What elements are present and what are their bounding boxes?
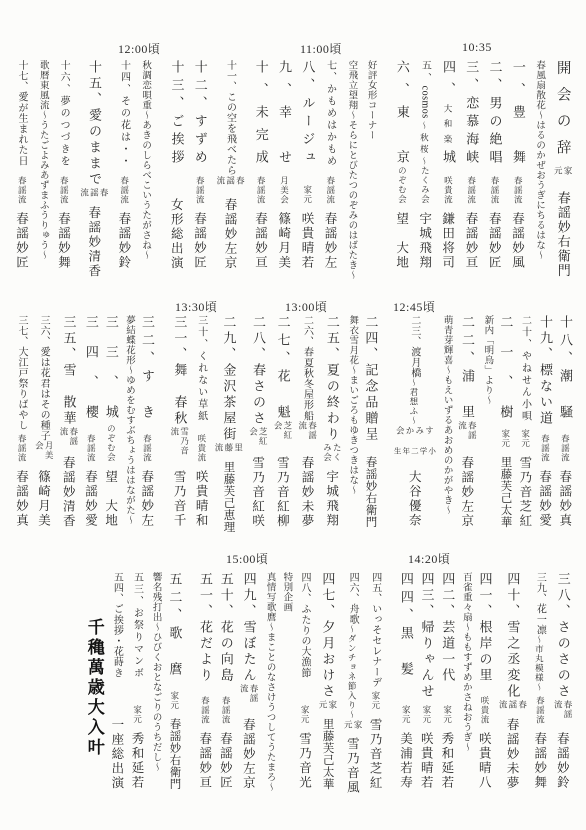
item-number: 四七、: [320, 572, 335, 620]
program-item: 四、大和楽城咲貴流鎌田将司: [440, 60, 455, 282]
section-title-text: 夢結蝶花形～ゆめをむすぶちょうははながた～: [123, 315, 134, 525]
time-label: 14:20頃: [408, 550, 450, 567]
item-school: 家元: [302, 185, 312, 204]
item-title: いっそセレナーデ: [370, 604, 381, 688]
program-item: 四五、いっそセレナーデ家元雪乃音芝紅: [368, 572, 382, 802]
item-performer: 雪乃音千: [172, 470, 186, 528]
item-number: 三四、: [84, 315, 99, 405]
item-performer: 春謡妙鈴: [555, 732, 569, 790]
item-school: 春謡流: [535, 696, 545, 725]
item-performer: 春謡妙匠: [487, 212, 501, 270]
item-school: 家元: [342, 720, 362, 730]
item-title-block: 五四、ご挨拶・花蒔き: [111, 572, 123, 678]
program-item: 二三、渡月橋～君想ふ～すみか会小学二年生大谷優奈: [392, 315, 435, 540]
item-title: ふたりの大漁節: [299, 604, 310, 678]
item-title-block: 四二、芸道一代: [439, 572, 454, 684]
item-performer: 宇城飛翔: [417, 212, 431, 270]
section-title-text: 新内「明烏」より～: [481, 315, 492, 405]
program-item: 三八、さのさのさ春謡流春謡妙鈴: [552, 572, 572, 802]
program-item: 二六、春夏秋冬屋形船春謡流春謡妙未夢: [297, 315, 317, 540]
item-title: 歌 麿: [167, 626, 182, 678]
section-title: 舞衣雪月花～まいごろもゆきつきはな～: [346, 315, 357, 540]
item-number: 十七、: [16, 60, 27, 92]
section-title-text: 舞衣雪月花～まいごろもゆきつきはな～: [346, 315, 357, 495]
item-title: 舟歌: [347, 604, 358, 625]
section-title: 特別企画: [280, 572, 291, 802]
item-title: 雪 散華: [61, 363, 76, 427]
section-title: 空飛立望翔～そらにとびたつのぞみのはばたき～: [345, 60, 356, 282]
item-title: 潮 騒: [558, 369, 573, 421]
item-number: 三八、: [556, 572, 571, 620]
item-title: この空を飛べたら: [225, 92, 236, 176]
item-school: 春謡流: [58, 427, 78, 448]
item-credit: 春謡流春謡妙未夢: [297, 421, 317, 528]
section-title: 真情写歌麿～まことのなさけうつしてうたまろ～: [264, 572, 275, 802]
section-title-text: 春風扇散花～はるのかぜおうぎにちるはな～: [533, 60, 544, 260]
item-number: 五一、: [198, 572, 213, 620]
program-item: 二一、樹家元里藤芙己太華: [497, 315, 512, 540]
item-number: 四、: [441, 60, 456, 104]
item-title: 夏の終わり: [325, 363, 340, 443]
item-title-block: 三十、くれない草紙: [195, 315, 207, 421]
item-title-block: 十六、夢のつづきを: [58, 60, 70, 166]
section-title: 春風扇散花～はるのかぜおうぎにちるはな～: [533, 60, 544, 282]
item-performer: 春謡妙左京: [241, 718, 255, 791]
item-title-block: 十九、標ない道: [537, 315, 552, 427]
item-title-block: 四四、黒 髪: [398, 572, 413, 678]
item-title: 雪ぼたん: [242, 620, 257, 684]
item-title-block: 三八、さのさのさ: [555, 572, 570, 700]
item-performer: 里藤芙己太華: [320, 718, 333, 790]
item-title-block: 二一、樹: [497, 315, 512, 421]
time-label-row: 14:20頃15:00頃: [14, 550, 572, 565]
item-title: ルージュ: [300, 96, 315, 166]
program-item: 三一、舞 春秋雪乃音流雪乃音千: [169, 315, 189, 540]
program-item: 四九、雪ぼたん春謡流春謡妙左京: [238, 572, 258, 802]
item-title: 恋慕海峡: [464, 96, 479, 166]
item-annotation: ～君想ふ～: [409, 378, 419, 426]
item-school: 春謡流: [142, 434, 152, 463]
item-title-block: 三七、大江戸祭りばやし: [16, 315, 28, 431]
item-credit: 春謡流春謡妙匠: [192, 176, 206, 271]
program-item: 四三、帰りゃんせ家元咲貴晴若: [419, 572, 434, 802]
item-school: 春謡流: [325, 176, 335, 205]
item-title-block: 二八、春さのさ: [250, 315, 265, 427]
item-school: 春謡流: [560, 434, 570, 463]
item-title: 記念品贈呈: [363, 363, 378, 443]
item-title: 黒 髪: [399, 626, 414, 678]
time-label: 11:00頃: [300, 40, 342, 57]
section-title: 萌青芽輝喜～もえいずるあおめのかがやき～: [441, 315, 452, 540]
item-credit: 春謡流春謡妙左京: [238, 684, 258, 790]
program-item: 三九、花一凛～市丸模様～春謡流春謡妙舞: [532, 572, 546, 802]
program-item: 十六、夢のつづきを春謡流春謡妙舞: [56, 60, 70, 282]
item-credit: 家元秀和延若: [130, 705, 144, 790]
item-school: 春謡流: [119, 176, 129, 205]
item-number: 五三、: [132, 572, 143, 608]
item-performer: 咲貴晴若: [419, 732, 433, 790]
item-title-block: 三、恋慕海峡: [463, 60, 478, 166]
item-performer: 春謡妙愛: [537, 470, 551, 528]
item-number: 四四、: [399, 572, 414, 626]
program-item: 三三、城のぞむ会望 大地: [103, 315, 118, 540]
item-school: 春謡流: [85, 434, 95, 463]
item-performer: 春謡妙風: [510, 212, 524, 270]
item-credit: 春謡流春謡妙愛: [537, 434, 551, 529]
program-item: 十七、愛が生まれた日春謡流春謡妙匠: [14, 60, 28, 282]
item-title: 舞 春秋: [172, 363, 187, 427]
item-performer: 春謡妙真: [557, 470, 571, 528]
item-credit: 春謡流春謡妙左京: [457, 421, 477, 528]
item-school: 春謡流: [16, 176, 26, 205]
item-title: すずめ: [193, 114, 208, 166]
item-number: 二五、: [325, 315, 340, 363]
item-school: 家元: [442, 705, 452, 724]
item-credit: 芝紅会雪乃音紅咲: [248, 427, 268, 528]
item-title-block: 五二、歌 麿: [166, 572, 181, 678]
item-school: 春謡流: [220, 696, 230, 725]
item-title: 花一凛: [534, 604, 545, 636]
item-number: 五四、: [111, 572, 122, 604]
item-title: 愛は花君はその種子: [38, 347, 49, 442]
item-credit: 春謡流春謡妙左京: [215, 176, 244, 271]
item-title-block: 五十、花の向島: [218, 572, 233, 684]
item-title-block: 五一、花だより: [197, 572, 212, 684]
program-item: 十二、すずめ春謡流春謡妙匠: [192, 60, 207, 282]
item-number: 三一、: [172, 315, 187, 363]
item-number: 三二、: [140, 315, 155, 369]
time-label: 10:35: [462, 40, 492, 55]
item-performer: 春謡妙右衛門: [555, 191, 570, 278]
item-performer: 春謡妙右衛門: [167, 718, 180, 790]
item-number: 二十、: [519, 315, 530, 351]
item-title-block: 四八、ふたりの大漁節: [299, 572, 311, 678]
item-number: 九、: [277, 60, 292, 105]
item-school: 月美会: [279, 176, 289, 205]
item-school: 春謡流: [16, 434, 26, 463]
program-item: 五二、歌 麿家元春謡妙右衛門: [166, 572, 181, 802]
item-credit: 春謡流春謡妙舞: [56, 176, 70, 271]
section-title-text: 秋調恋唄重～あきのしらべこいうたがさね～: [139, 60, 150, 260]
program-item: 二八、春さのさ芝紅会雪乃音紅咲: [248, 315, 268, 540]
item-title: さのさのさ: [556, 620, 571, 700]
section-title: 新内「明烏」より～: [481, 315, 492, 540]
item-school: たくみ会: [322, 443, 342, 462]
item-credit: 春謡流春謡妙左: [139, 434, 153, 529]
item-credit: 咲貴流咲貴晴八: [477, 696, 491, 791]
item-title-block: 二三、渡月橋～君想ふ～: [408, 315, 420, 426]
program-item: 四二、芸道一代家元秀和延若: [439, 572, 454, 802]
item-school: 咲貴流: [479, 696, 489, 725]
item-school: 家元: [317, 700, 337, 710]
item-title-block: 十七、愛が生まれた日: [16, 60, 28, 166]
item-title: 未完成: [254, 105, 269, 166]
item-number: 十九、: [538, 315, 553, 363]
section-title: 好評女形コーナー: [365, 60, 376, 282]
item-title-block: 十八、潮 騒: [557, 315, 572, 421]
item-title-block: 十四、その花は・・: [118, 60, 130, 166]
item-credit: 雪乃音流雪乃音千: [169, 427, 189, 528]
item-title-block: 十、未完成: [253, 60, 268, 166]
item-number: 二四、: [363, 315, 378, 363]
item-title: ご挨拶・花蒔き: [111, 604, 122, 678]
item-number: 七、: [325, 60, 336, 84]
item-number: 二一、: [498, 315, 513, 405]
item-title-block: 一、豊 舞: [510, 60, 525, 166]
item-title: 男の絶唱: [488, 96, 503, 166]
item-school: 家元: [370, 691, 380, 710]
program-band-morning: 10:3511:00頃12:00頃 開会の辞家元春謡妙右衛門春風扇散花～はるのか…: [14, 40, 572, 282]
item-school: 春謡流: [540, 434, 550, 463]
item-title-block: 九、幸 せ: [276, 60, 291, 166]
item-title-block: 四、大和楽城: [440, 60, 455, 166]
item-school: 芝紅会: [272, 421, 292, 448]
item-title-block: 二二、浦 里: [459, 315, 474, 421]
program-band-afternoon: 14:20頃15:00頃 三八、さのさのさ春謡流春謡妙鈴三九、花一凛～市丸模様～…: [14, 550, 572, 802]
item-title-block: 十一、この空を飛べたら: [224, 60, 236, 176]
item-performer: 春謡妙匠: [192, 212, 206, 270]
item-credit: 家元咲貴晴若: [300, 185, 314, 270]
item-school: のぞむ会: [397, 166, 407, 204]
time-label: 12:45頃: [393, 298, 435, 315]
program-columns: 三八、さのさのさ春謡流春謡妙鈴三九、花一凛～市丸模様～春謡流春謡妙舞四十、雪之丞…: [14, 572, 572, 802]
item-number: 四九、: [242, 572, 257, 620]
item-performer: 春謡妙清香: [86, 206, 100, 279]
item-performer: 春謡妙清香: [61, 456, 75, 529]
item-school: 春謡流: [489, 176, 499, 205]
item-title: 渡月橋: [409, 347, 420, 379]
item-performer: 雪乃音風: [345, 737, 359, 795]
item-performer: 一座総出演: [109, 718, 123, 791]
item-number: 十四、: [118, 60, 129, 96]
item-title-block: 五三、お祭りマンボ: [131, 572, 143, 678]
item-title-block: 十二、すずめ: [192, 60, 207, 166]
item-school: 咲貴流: [443, 176, 453, 205]
item-title: 花の向島: [219, 620, 234, 684]
item-performer: 春謡妙左: [139, 470, 153, 528]
item-title-block: 二六、春夏秋冬屋形船: [301, 315, 313, 421]
section-title: 歌暦東風流～うたごよみあずまふうりゅう～: [37, 60, 48, 282]
item-title: す き: [140, 369, 155, 421]
section-title-text: 響名残打出～ひびくおとなごりのうちだし～: [150, 572, 161, 772]
item-title-block: 四六、舟歌～ダンチョネ節入り～: [346, 572, 358, 720]
item-credit: 春謡流春謡妙真: [557, 434, 571, 529]
item-title: ご挨拶: [169, 114, 184, 166]
program-item: 四十、雪之丞変化春謡流春謡妙未夢: [497, 572, 526, 802]
item-credit: 春謡流春謡妙清香: [79, 188, 108, 278]
program-item: 四六、舟歌～ダンチョネ節入り～家元雪乃音風: [342, 572, 362, 802]
program-item: 三、恋慕海峡春謡流春謡妙亘: [463, 60, 478, 282]
item-number: 四一、: [478, 572, 493, 620]
item-school: 家元: [552, 166, 572, 183]
item-title-block: 六、東 京: [394, 60, 409, 166]
item-performer: 雪乃音紅柳: [275, 456, 289, 529]
item-title: 金沢茶屋街: [221, 363, 236, 443]
item-credit: 春謡流春謡妙匠: [14, 176, 28, 271]
item-number: 五十、: [219, 572, 234, 620]
section-title-text: 好評女形コーナー: [365, 60, 376, 140]
item-school: 家元: [169, 691, 179, 710]
program-item: 十八、潮 騒春謡流春謡妙真: [557, 315, 572, 540]
item-school: 春謡流: [552, 700, 572, 724]
program-item: 三四、櫻春謡流春謡妙愛: [83, 315, 98, 540]
item-performer: 篠崎月美: [276, 212, 290, 270]
item-credit: 春謡流春謡妙匠: [487, 176, 501, 271]
item-title: 大江戸祭りばやし: [16, 347, 27, 431]
item-title: 花だより: [198, 620, 213, 684]
item-title: 芸道一代: [440, 620, 455, 684]
item-number: 三十、: [196, 315, 207, 351]
item-title: その花は・・: [118, 96, 129, 166]
item-performer: 里藤芙己恵理: [221, 461, 234, 533]
item-title-block: 二、男の絶唱: [487, 60, 502, 166]
item-performer: 女形総出演: [169, 198, 183, 271]
item-performer: 春謡妙鈴: [117, 212, 131, 270]
item-number: 四十、: [505, 572, 520, 620]
item-title: 春夏秋冬屋形船: [302, 347, 313, 421]
program-item: 四七、夕月おけさ家元里藤芙己太華: [317, 572, 337, 802]
item-performer: 雪乃音芝紅: [368, 718, 382, 791]
program-item: 十九、標ない道春謡流春謡妙愛: [537, 315, 552, 540]
item-number: 十、: [254, 60, 269, 105]
section-title-text: 空飛立望翔～そらにとびたつのぞみのはばたき～: [345, 60, 356, 280]
program-item: 十、未完成春謡流春謡妙亘: [253, 60, 268, 282]
program-item: 七、かもめはかもめ春謡流春謡妙左: [323, 60, 337, 282]
time-label-row: 12:45頃13:00頃13:30頃: [14, 298, 572, 313]
item-credit: 家元里藤芙己太華: [317, 700, 337, 790]
item-credit: 家元里藤芙己太華: [498, 429, 511, 528]
item-number: 十八、: [558, 315, 573, 369]
program-item: 五十、花の向島春謡流春謡妙匠: [218, 572, 233, 802]
item-title: 愛のままで: [87, 108, 102, 188]
item-performer: 春謡妙左京: [223, 198, 237, 271]
item-credit: 春謡流春謡妙亘: [253, 176, 267, 271]
item-number: 六、: [395, 60, 410, 105]
item-performer: 秀和延若: [440, 732, 454, 790]
item-school: 春謡流: [194, 176, 204, 205]
item-credit: 春謡流春謡妙亘: [464, 176, 478, 271]
item-school: 春謡流: [238, 684, 258, 710]
item-credit: 咲貴流鎌田将司: [440, 176, 454, 271]
item-title: お祭りマンボ: [132, 608, 143, 678]
section-title: 百雀重々扇～ももすずめかさねおうぎ～: [460, 572, 471, 802]
item-annotation: ～秋桜～: [419, 119, 429, 166]
item-performer: 春謡妙亘: [253, 212, 267, 270]
item-title-block: 四九、雪ぼたん: [241, 572, 256, 684]
item-annotation: 大和楽: [443, 104, 453, 150]
item-number: 三五、: [61, 315, 76, 363]
item-credit: 春謡流春謡妙左: [323, 176, 337, 271]
program-item: 八、ルージュ家元咲貴晴若: [299, 60, 314, 282]
item-title-block: 十三、ご挨拶: [169, 60, 184, 166]
item-credit: 家元秀和延若: [440, 705, 454, 790]
item-credit: 春謡流春謡妙鈴: [117, 176, 131, 271]
program-sheet: 10:3511:00頃12:00頃 開会の辞家元春謡妙右衛門春風扇散花～はるのか…: [0, 0, 586, 830]
section-title: 秋調恋唄重～あきのしらべこいうたがさね～: [139, 60, 150, 282]
item-number: 三七、: [16, 315, 27, 347]
program-item: 開会の辞家元春謡妙右衛門: [552, 60, 572, 282]
item-school: 春謡流: [255, 176, 265, 205]
item-title: 標ない道: [538, 363, 553, 427]
item-performer: 春謡妙真: [14, 470, 28, 528]
item-title-block: 二五、夏の終わり: [324, 315, 339, 443]
item-performer: 春謡妙舞: [532, 732, 546, 790]
item-credit: 月美会篠崎月美: [276, 176, 290, 271]
item-credit: のぞむ会望 大地: [103, 424, 117, 528]
item-school: 家元: [421, 705, 431, 724]
item-school: のぞむ会: [106, 424, 116, 462]
section-title-text: 真情写歌麿～まことのなさけうつしてうたまろ～: [264, 572, 275, 792]
item-annotation: ～ダンチョネ節入り～: [347, 625, 357, 720]
item-performer: 宇城飛翔: [324, 470, 338, 528]
program-item: 三七、大江戸祭りばやし春謡流春謡妙真: [14, 315, 28, 540]
item-performer: 雪乃音紅咲: [250, 456, 264, 529]
item-title-block: 三四、櫻: [83, 315, 98, 421]
item-performer: 篠崎月美: [36, 470, 50, 528]
item-title-block: 二四、記念品贈呈: [362, 315, 377, 443]
item-performer: 春謡妙左: [323, 212, 337, 270]
program-item: 四八、ふたりの大漁節家元雪乃音光: [297, 572, 311, 802]
section-title: 夢結蝶花形～ゆめをむすぶちょうははながた～: [123, 315, 134, 540]
item-number: 二七、: [276, 315, 291, 369]
item-annotation: 小学二年生: [392, 447, 435, 462]
item-performer: 雪乃音芝紅: [518, 456, 532, 529]
item-school: 家元: [400, 705, 410, 724]
item-performer: 春謡妙未夢: [300, 456, 314, 529]
item-school: 春謡流: [215, 176, 244, 190]
program-item: 十一、この空を飛べたら春謡流春謡妙左京: [215, 60, 244, 282]
item-number: 三三、: [104, 315, 119, 405]
item-number: 二八、: [251, 315, 266, 363]
item-title: やねせん小唄: [519, 351, 530, 421]
item-title-block: 四十、雪之丞変化: [504, 572, 519, 700]
item-credit: すみか会小学二年生大谷優奈: [392, 426, 435, 529]
item-performer: 鎌田将司: [440, 212, 454, 270]
time-label: 13:00頃: [285, 298, 327, 315]
item-performer: 春謡妙匠: [218, 732, 232, 790]
item-title-block: 四一、根岸の里: [477, 572, 492, 684]
program-item: 四四、黒 髪家元美浦若寿: [398, 572, 413, 802]
item-title-block: 十五、愛のままで: [86, 60, 101, 188]
item-title: 帰りゃんせ: [420, 620, 435, 700]
item-credit: 月美会篠崎月美: [34, 441, 54, 528]
item-number: 三六、: [38, 315, 49, 347]
item-credit: 芝紅会雪乃音紅柳: [272, 421, 292, 528]
item-performer: 春謡妙亘: [464, 212, 478, 270]
program-item: 二四、記念品贈呈春謡妙右衛門: [362, 315, 377, 540]
item-title: 豊 舞: [511, 105, 526, 166]
item-school: 雪乃音流: [169, 427, 189, 462]
program-item: 二、男の絶唱春謡流春謡妙匠: [487, 60, 502, 282]
item-title-block: 五、cosmos～秋桜～: [419, 60, 431, 166]
finale-stamp-text: 千穐萬歳大入叶: [84, 618, 104, 758]
section-title: 響名残打出～ひびくおとなごりのうちだし～: [150, 572, 161, 802]
item-annotation: ～市丸模様～: [534, 635, 544, 692]
item-credit: のぞむ会望 大地: [394, 166, 408, 270]
item-number: 二六、: [302, 315, 313, 347]
item-school: 里藤流: [213, 443, 242, 453]
item-performer: 春謡妙愛: [83, 470, 97, 528]
item-credit: 家元春謡妙右衛門: [552, 166, 572, 278]
program-columns: 開会の辞家元春謡妙右衛門春風扇散花～はるのかぜおうぎにちるはな～一、豊 舞春謡流…: [14, 60, 572, 282]
item-number: 三、: [464, 60, 479, 96]
item-performer: 咲貴晴和: [194, 470, 208, 528]
item-performer: 春謡妙右衛門: [363, 456, 376, 528]
item-title-block: 三一、舞 春秋: [171, 315, 186, 427]
item-title: かもめはかもめ: [325, 84, 336, 166]
item-number: 三九、: [534, 572, 545, 604]
item-number: 四二、: [440, 572, 455, 620]
